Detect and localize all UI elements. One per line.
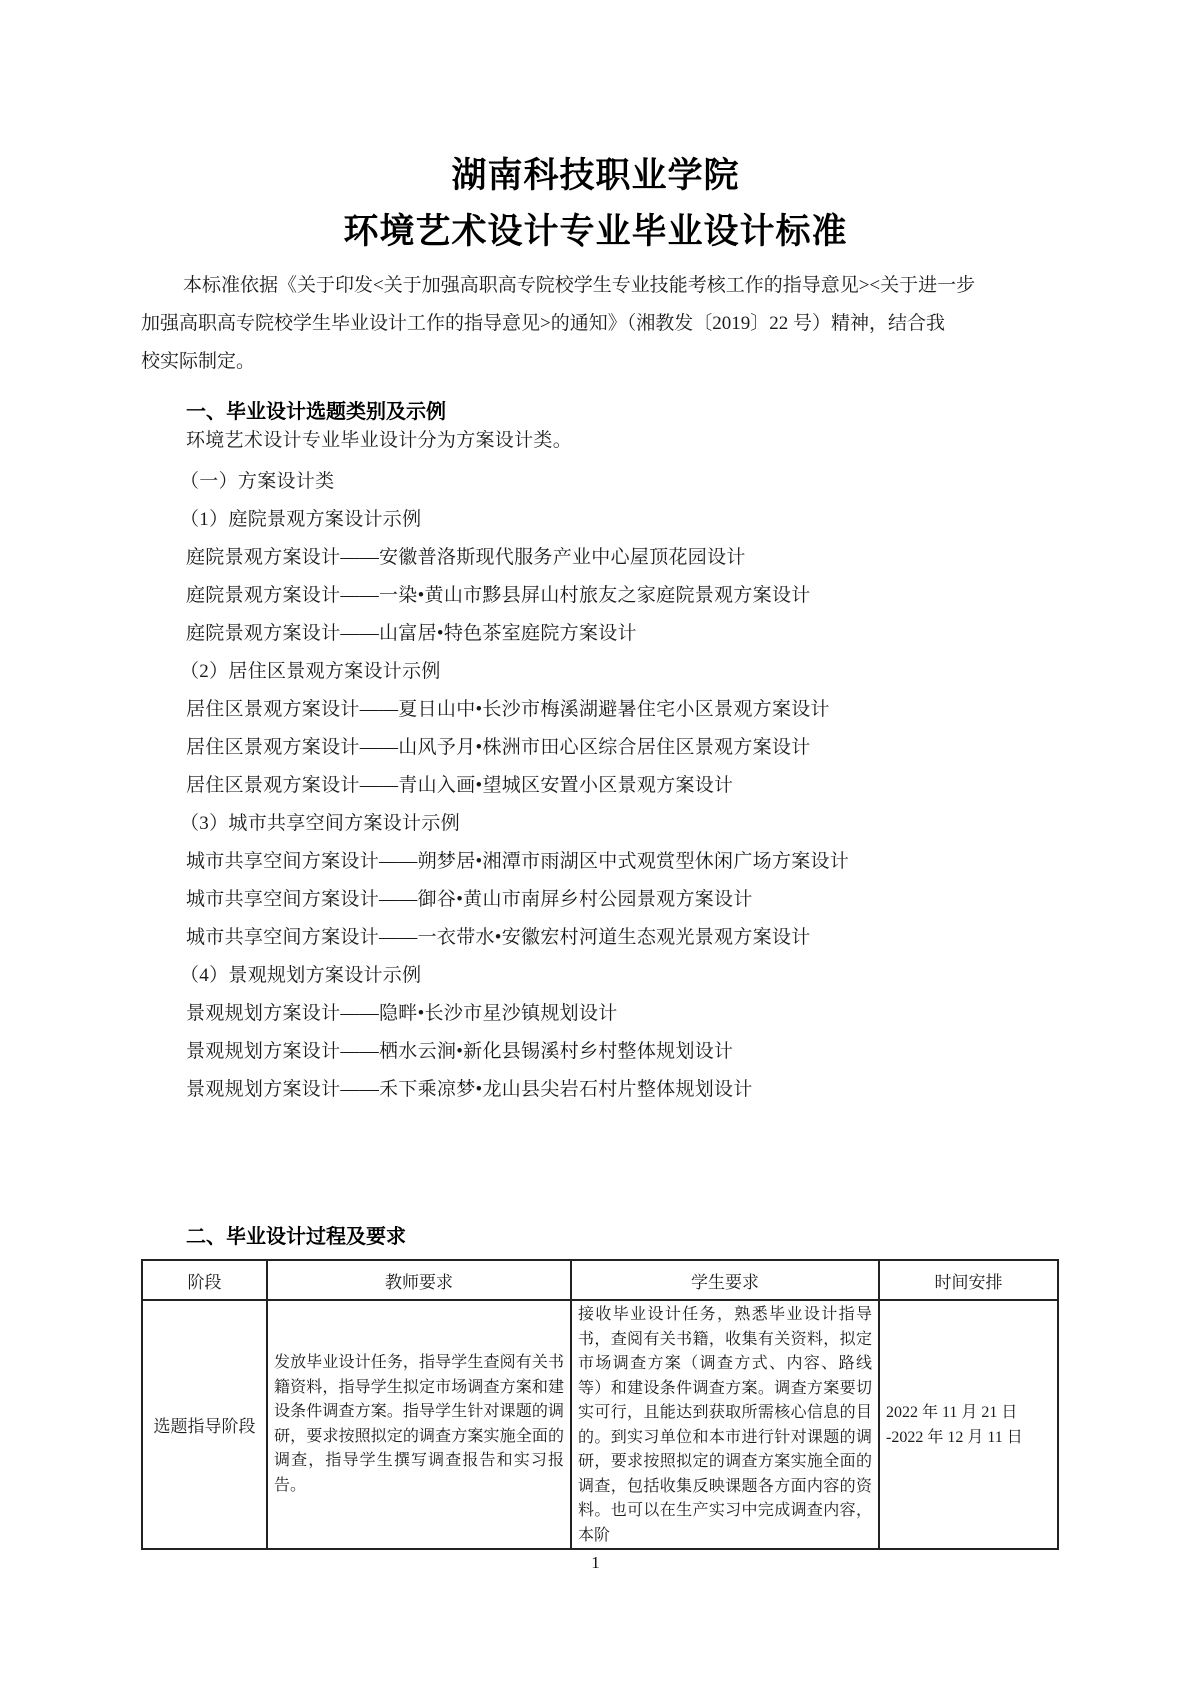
cell-stage: 选题指导阶段	[142, 1300, 267, 1549]
schedule-start: 2022 年 11 月 21 日	[886, 1400, 1051, 1425]
header-schedule: 时间安排	[879, 1260, 1058, 1300]
list-item: 庭院景观方案设计——山富居•特色茶室庭院方案设计	[186, 618, 637, 645]
cell-student-requirements: 接收毕业设计任务，熟悉毕业设计指导书，查阅有关书籍，收集有关资料，拟定市场调查方…	[571, 1300, 879, 1549]
group-label-1: （1）庭院景观方案设计示例	[180, 504, 421, 531]
cell-teacher-requirements: 发放毕业设计任务，指导学生查阅有关书籍资料，指导学生拟定市场调查方案和建设条件调…	[267, 1300, 571, 1549]
table-row: 选题指导阶段 发放毕业设计任务，指导学生查阅有关书籍资料，指导学生拟定市场调查方…	[142, 1300, 1058, 1549]
section1-summary: 环境艺术设计专业毕业设计分为方案设计类。	[186, 425, 572, 452]
list-item: 城市共享空间方案设计——一衣带水•安徽宏村河道生态观光景观方案设计	[186, 922, 811, 949]
table-header-row: 阶段 教师要求 学生要求 时间安排	[142, 1260, 1058, 1300]
category-label: （一）方案设计类	[180, 466, 334, 493]
cell-schedule: 2022 年 11 月 21 日 -2022 年 12 月 11 日	[879, 1300, 1058, 1549]
group-label-2: （2）居住区景观方案设计示例	[180, 656, 441, 683]
list-item: 庭院景观方案设计——安徽普洛斯现代服务产业中心屋顶花园设计	[186, 542, 746, 569]
page-number: 1	[0, 1553, 1191, 1573]
list-item: 景观规划方案设计——隐畔•长沙市星沙镇规划设计	[186, 998, 618, 1025]
process-table: 阶段 教师要求 学生要求 时间安排 选题指导阶段 发放毕业设计任务，指导学生查阅…	[141, 1259, 1059, 1550]
header-teacher-requirements: 教师要求	[267, 1260, 571, 1300]
group-label-3: （3）城市共享空间方案设计示例	[180, 808, 460, 835]
header-student-requirements: 学生要求	[571, 1260, 879, 1300]
header-stage: 阶段	[142, 1260, 267, 1300]
section-heading-1: 一、毕业设计选题类别及示例	[186, 395, 446, 424]
list-item: 居住区景观方案设计——夏日山中•长沙市梅溪湖避暑住宅小区景观方案设计	[186, 694, 830, 721]
list-item: 居住区景观方案设计——青山入画•望城区安置小区景观方案设计	[186, 770, 733, 797]
list-item: 居住区景观方案设计——山风予月•株洲市田心区综合居住区景观方案设计	[186, 732, 811, 759]
document-title-line1: 湖南科技职业学院	[0, 148, 1191, 198]
list-item: 景观规划方案设计——栖水云涧•新化县锡溪村乡村整体规划设计	[186, 1036, 733, 1063]
document-title-line2: 环境艺术设计专业毕业设计标准	[0, 204, 1191, 254]
list-item: 景观规划方案设计——禾下乘凉梦•龙山县尖岩石村片整体规划设计	[186, 1074, 753, 1101]
list-item: 庭院景观方案设计——一染•黄山市黟县屏山村旅友之家庭院景观方案设计	[186, 580, 811, 607]
intro-line-3: 校实际制定。	[141, 343, 255, 381]
group-label-4: （4）景观规划方案设计示例	[180, 960, 421, 987]
schedule-end: -2022 年 12 月 11 日	[886, 1425, 1051, 1450]
list-item: 城市共享空间方案设计——朔梦居•湘潭市雨湖区中式观赏型休闲广场方案设计	[186, 846, 849, 873]
intro-line-1: 本标准依据《关于印发<关于加强高职高专院校学生专业技能考核工作的指导意见><关于…	[183, 267, 975, 305]
list-item: 城市共享空间方案设计——御谷•黄山市南屏乡村公园景观方案设计	[186, 884, 753, 911]
intro-line-2: 加强高职高专院校学生毕业设计工作的指导意见>的通知》（湘教发〔2019〕22 号…	[141, 305, 945, 343]
section-heading-2: 二、毕业设计过程及要求	[186, 1220, 406, 1249]
